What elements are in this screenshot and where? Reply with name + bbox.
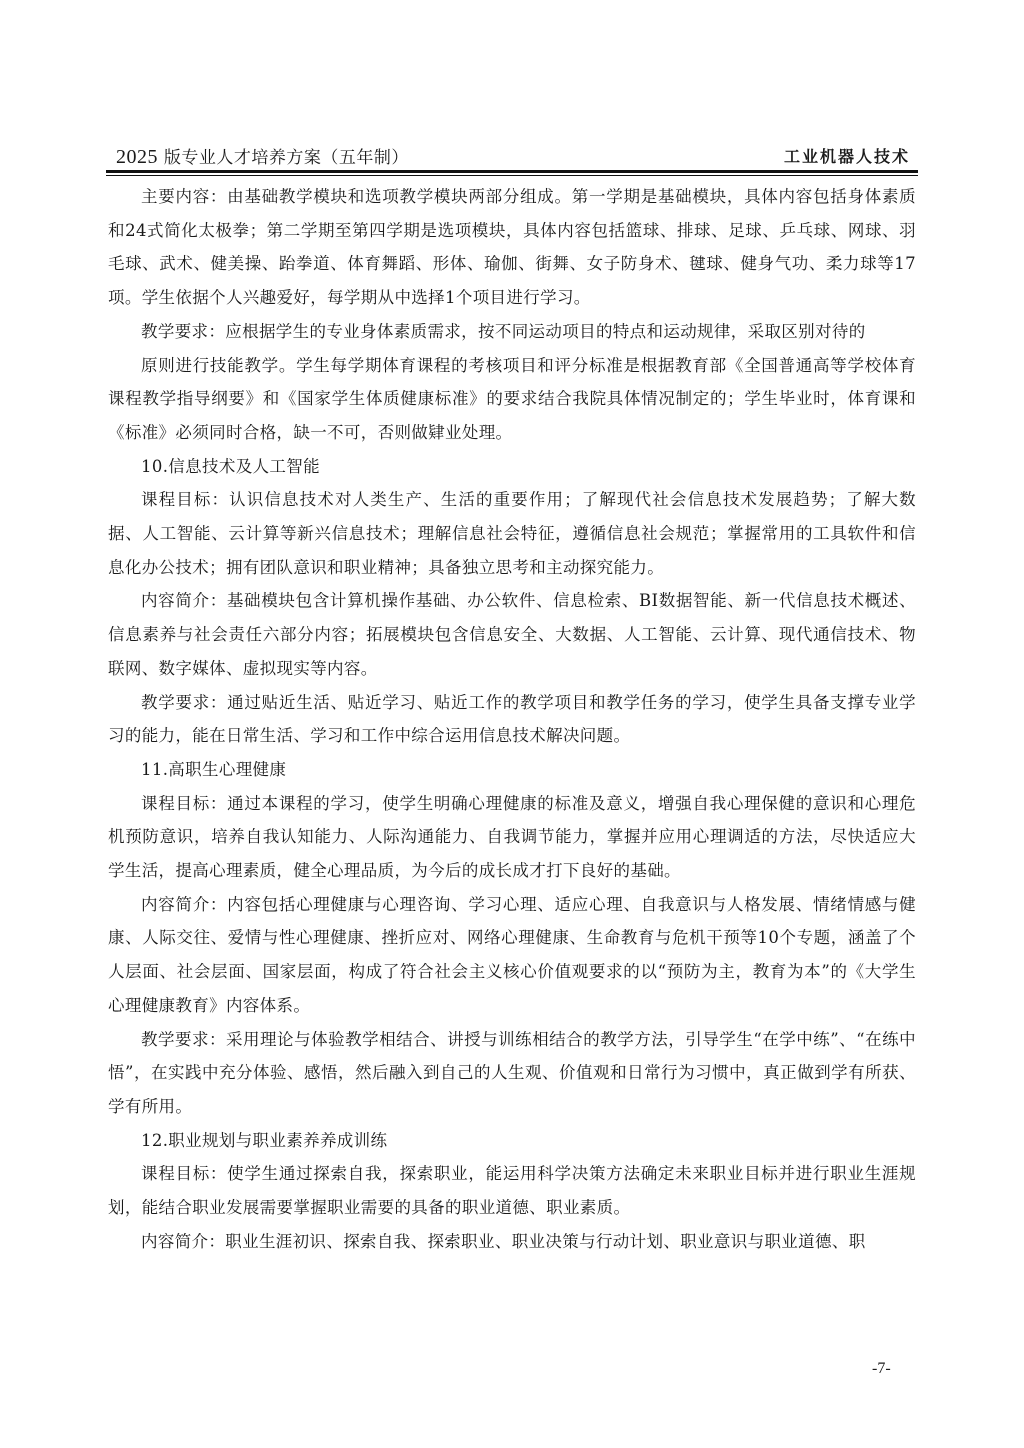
section-heading-10: 10.信息技术及人工智能 bbox=[108, 450, 916, 484]
document-title: 2025 版专业人才培养方案（五年制） bbox=[116, 143, 409, 169]
page-body: 主要内容：由基础教学模块和选项教学模块两部分组成。第一学期是基础模块，具体内容包… bbox=[108, 180, 916, 1259]
document-year: 2025 bbox=[116, 146, 158, 168]
paragraph-psych-goals: 课程目标：通过本课程的学习，使学生明确心理健康的标准及意义，增强自我心理保健的意… bbox=[108, 787, 916, 888]
paragraph-it-goals: 课程目标：认识信息技术对人类生产、生活的重要作用；了解现代社会信息技术发展趋势；… bbox=[108, 483, 916, 584]
paragraph-psych-requirements: 教学要求：采用理论与体验教学相结合、讲授与训练相结合的教学方法，引导学生“在学中… bbox=[108, 1023, 916, 1124]
section-heading-11: 11.高职生心理健康 bbox=[108, 753, 916, 787]
paragraph-it-content: 内容简介：基础模块包含计算机操作基础、办公软件、信息检索、BI数据智能、新一代信… bbox=[108, 584, 916, 685]
paragraph-pe-requirements: 教学要求：应根据学生的专业身体素质需求，按不同运动项目的特点和运动规律，采取区别… bbox=[108, 315, 916, 349]
header-rule-thin bbox=[106, 175, 918, 176]
header-rule-thick bbox=[106, 170, 918, 173]
paragraph-career-goals: 课程目标：使学生通过探索自我，探索职业，能运用科学决策方法确定未来职业目标并进行… bbox=[108, 1157, 916, 1224]
paragraph-pe-content: 主要内容：由基础教学模块和选项教学模块两部分组成。第一学期是基础模块，具体内容包… bbox=[108, 180, 916, 315]
paragraph-pe-requirements-cont: 原则进行技能教学。学生每学期体育课程的考核项目和评分标准是根据教育部《全国普通高… bbox=[108, 349, 916, 450]
running-header: 2025 版专业人才培养方案（五年制） 工业机器人技术 bbox=[110, 143, 916, 167]
section-heading-12: 12.职业规划与职业素养养成训练 bbox=[108, 1124, 916, 1158]
paragraph-psych-content: 内容简介：内容包括心理健康与心理咨询、学习心理、适应心理、自我意识与人格发展、情… bbox=[108, 888, 916, 1023]
paragraph-it-requirements: 教学要求：通过贴近生活、贴近学习、贴近工作的教学项目和教学任务的学习，使学生具备… bbox=[108, 686, 916, 753]
page-number: -7- bbox=[872, 1360, 891, 1378]
document-title-text: 版专业人才培养方案（五年制） bbox=[164, 148, 409, 168]
paragraph-career-content: 内容简介：职业生涯初识、探索自我、探索职业、职业决策与行动计划、职业意识与职业道… bbox=[108, 1225, 916, 1259]
major-name: 工业机器人技术 bbox=[784, 144, 910, 167]
